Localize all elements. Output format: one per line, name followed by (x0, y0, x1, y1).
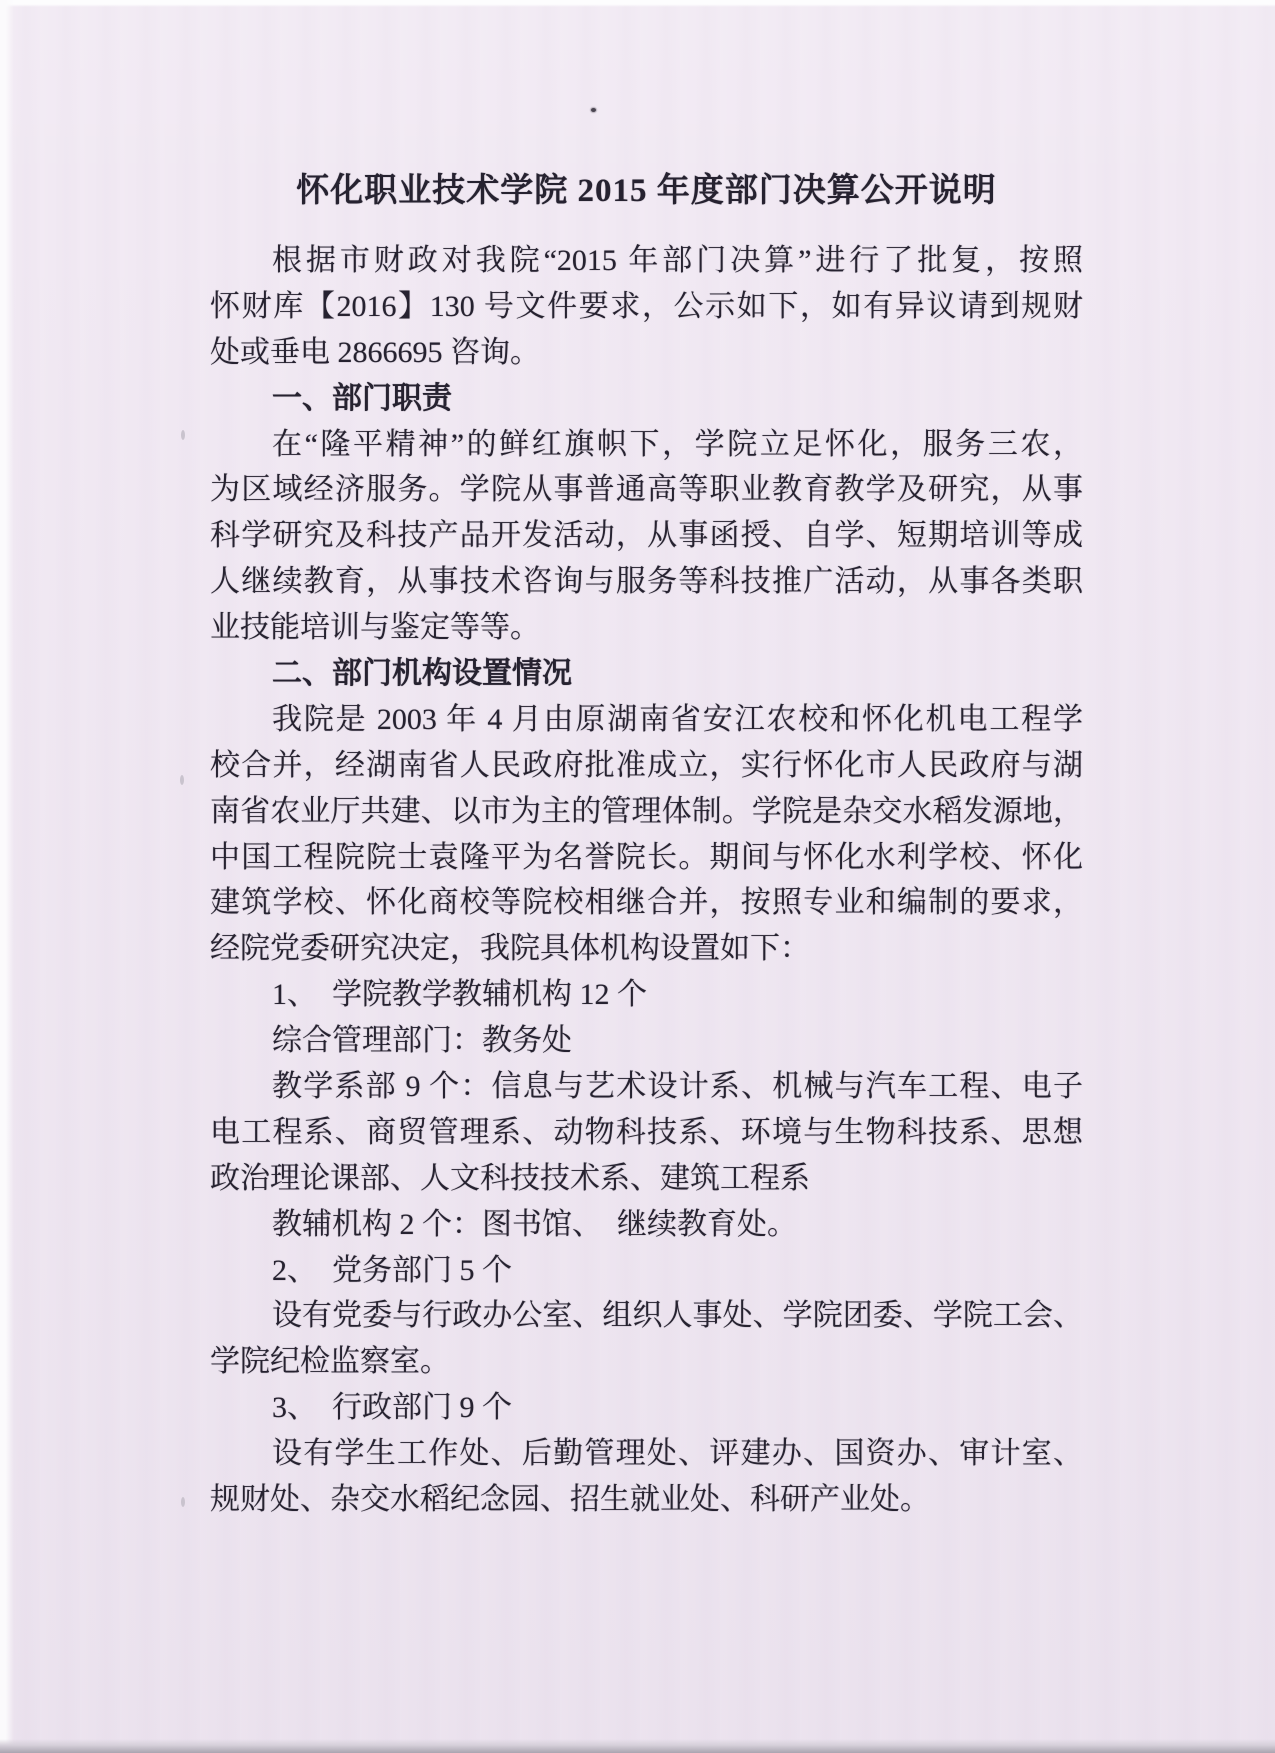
text-line: 综合管理部门：教务处 (210, 1018, 1083, 1064)
text-line: 科学研究及科技产品开发活动，从事函授、自学、短期培训等成 (210, 513, 1083, 559)
section-heading: 一、部门职责 (210, 376, 1083, 422)
text-line: 设有党委与行政办公室、组织人事处、学院团委、学院工会、 (210, 1293, 1083, 1339)
text-line: 建筑学校、怀化商校等院校相继合并，按照专业和编制的要求， (210, 880, 1083, 926)
text-line: 处或垂电 2866695 咨询。 (210, 330, 1083, 376)
text-line: 电工程系、商贸管理系、动物科技系、环境与生物科技系、思想 (210, 1110, 1083, 1156)
screenshot-stage: 怀化职业技术学院 2015 年度部门决算公开说明 根据市财政对我院“2015 年… (0, 0, 1275, 1753)
text-line: 根据市财政对我院“2015 年部门决算”进行了批复，按照 (210, 238, 1083, 284)
text-line: 经院党委研究决定，我院具体机构设置如下： (210, 926, 1083, 972)
text-line: 中国工程院院士袁隆平为名誉院长。期间与怀化水利学校、怀化 (210, 835, 1083, 881)
page-edge-top (0, 0, 1275, 7)
text-line: 1、 学院教学教辅机构 12 个 (210, 972, 1083, 1018)
text-line: 教学系部 9 个：信息与艺术设计系、机械与汽车工程、电子 (210, 1064, 1083, 1110)
text-line: 政治理论课部、人文科技技术系、建筑工程系 (210, 1156, 1083, 1202)
page-edge-left (0, 0, 14, 1753)
text-line: 我院是 2003 年 4 月由原湖南省安江农校和怀化机电工程学 (210, 697, 1083, 743)
section-heading: 二、部门机构设置情况 (210, 651, 1083, 697)
text-line: 人继续教育，从事技术咨询与服务等科技推广活动，从事各类职 (210, 559, 1083, 605)
scanned-page: 怀化职业技术学院 2015 年度部门决算公开说明 根据市财政对我院“2015 年… (0, 0, 1275, 1753)
document-title: 怀化职业技术学院 2015 年度部门决算公开说明 (210, 171, 1083, 211)
text-line: 业技能培训与鉴定等等。 (210, 605, 1083, 651)
page-edge-bottom (0, 1739, 1275, 1753)
scan-speck (181, 1497, 185, 1507)
text-line: 学院纪检监察室。 (210, 1339, 1083, 1385)
text-line: 2、 党务部门 5 个 (210, 1248, 1083, 1294)
text-line: 为区域经济服务。学院从事普通高等职业教育教学及研究，从事 (210, 467, 1083, 513)
scan-speck (181, 430, 185, 440)
text-line: 在“隆平精神”的鲜红旗帜下，学院立足怀化，服务三农， (210, 422, 1083, 468)
scan-speck (180, 775, 184, 785)
text-line: 怀财库【2016】130 号文件要求，公示如下，如有异议请到规财 (210, 284, 1083, 330)
text-line: 校合并，经湖南省人民政府批准成立，实行怀化市人民政府与湖 (210, 743, 1083, 789)
text-line: 设有学生工作处、后勤管理处、评建办、国资办、审计室、 (210, 1431, 1083, 1477)
text-line: 南省农业厅共建、以市为主的管理体制。学院是杂交水稻发源地， (210, 789, 1083, 835)
text-line: 规财处、杂交水稻纪念园、招生就业处、科研产业处。 (210, 1477, 1083, 1523)
text-line: 教辅机构 2 个：图书馆、 继续教育处。 (210, 1202, 1083, 1248)
text-line: 3、 行政部门 9 个 (210, 1385, 1083, 1431)
scan-speck (591, 108, 596, 112)
document-body: 根据市财政对我院“2015 年部门决算”进行了批复，按照怀财库【2016】130… (210, 238, 1083, 1523)
